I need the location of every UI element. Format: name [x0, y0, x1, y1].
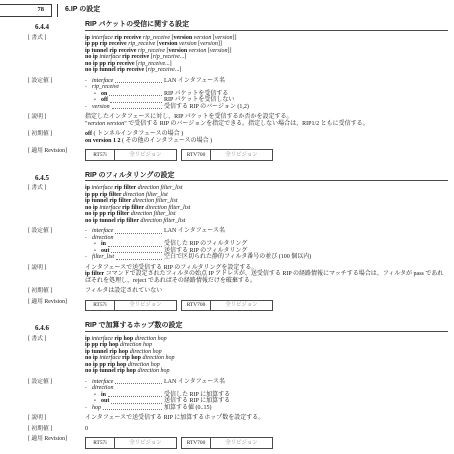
text-segment: ip filter — [85, 271, 104, 277]
revision-label: [ 適用 Revision] — [28, 436, 85, 449]
dash-marker: - — [85, 254, 92, 261]
initial-value-line: on version 1 2 ( その他のインタフェースの場合 ) — [85, 138, 448, 145]
revision-model: RTV700 — [181, 149, 211, 161]
parameter-description: LAN インタフェース名 — [164, 228, 448, 235]
command-section: 6.4.4 RIP パケットの受信に関する設定 [ 書式 ] ip interf… — [0, 22, 454, 161]
text-segment: direction hop — [138, 368, 170, 374]
text-segment: ...] — [165, 61, 172, 67]
text-segment: direction hop — [128, 362, 160, 368]
revision-tables: RT57i全リビジョンRTV700全リビジョン — [85, 300, 448, 312]
initial-label: [ 初期値 ] — [28, 288, 85, 295]
initial-value-line: フィルタは設定されていない — [85, 288, 448, 295]
description-label: [ 説明 ] — [28, 114, 85, 127]
revision-block: [ 適用 Revision] RT57i全リビジョンRTV700全リビジョン — [28, 436, 448, 449]
initial-value-block: [ 初期値 ] 0 — [28, 426, 448, 433]
format-block: [ 書式 ] ip interface rip filter direction… — [28, 185, 448, 224]
revision-tables: RT57i全リビジョンRTV700全リビジョン — [85, 149, 448, 161]
text-segment: version — [179, 41, 197, 47]
text-segment: version — [200, 41, 218, 47]
revision-table: RT57i全リビジョン — [85, 149, 177, 161]
text-segment: on version 1 2 — [85, 138, 121, 144]
parameter-description: LAN インタフェース名 — [164, 78, 448, 85]
dash-marker: - — [85, 235, 92, 242]
text-segment: rip hop — [113, 336, 135, 342]
text-segment: no ip — [85, 355, 99, 361]
revision-value: 全リビジョン — [115, 300, 177, 312]
text-segment: direction hop — [135, 336, 167, 342]
text-segment: direction filter_list — [140, 218, 185, 224]
revision-value: 全リビジョン — [211, 149, 273, 161]
values-label: [ 設定値 ] — [28, 379, 85, 412]
text-segment: reject — [133, 278, 146, 284]
text-segment: no ip — [85, 54, 99, 60]
format-lines: ip interface rip receive rip_receive [ve… — [85, 35, 448, 74]
revision-block: [ 適用 Revision] RT57i全リビジョンRTV700全リビジョン — [28, 299, 448, 312]
format-block: [ 書式 ] ip interface rip hop direction ho… — [28, 336, 448, 375]
document-page: 78 6.IP の設定 6.4.4 RIP パケットの受信に関する設定 [ 書式… — [0, 4, 454, 454]
revision-model: RT57i — [85, 300, 115, 312]
text-segment: direction hop — [130, 349, 162, 355]
parameter-description: 空白で区切られた静的フィルタ番号の並び (100 個以内) — [164, 254, 448, 261]
text-segment: direction filter_list — [138, 185, 183, 191]
format-block: [ 書式 ] ip interface rip receive rip_rece… — [28, 35, 448, 74]
command-section: 6.4.5 RIP のフィルタリングの設定 [ 書式 ] ip interfac… — [0, 173, 454, 312]
revision-model: RT57i — [85, 149, 115, 161]
parameter-row: -version受信する RIP のバージョン (1,2) — [85, 104, 448, 111]
text-segment: ...] — [175, 67, 182, 73]
dash-marker: - — [85, 104, 92, 111]
dotted-leader — [109, 94, 162, 96]
values-block: [ 設定値 ] -interfaceLAN インタフェース名-direction… — [28, 379, 448, 412]
text-segment: 0 — [85, 426, 88, 432]
dotted-leader — [111, 402, 162, 404]
parameter-description: 受信する RIP のバージョン (1,2) — [164, 104, 448, 111]
description-label: [ 説明 ] — [28, 265, 85, 285]
parameter-name: hop — [92, 405, 101, 412]
revision-table: RTV700全リビジョン — [181, 149, 273, 161]
dotted-leader — [110, 101, 162, 103]
description-block: [ 説明 ] 指定したインタフェースに対し、RIP パケットを受信するか否かを設… — [28, 114, 448, 127]
parameter-row: -filter_list空白で区切られた静的フィルタ番号の並び (100 個以内… — [85, 254, 448, 261]
text-segment: rip_receive — [138, 48, 165, 54]
values-label: [ 設定値 ] — [28, 228, 85, 261]
revision-label: [ 適用 Revision] — [28, 148, 85, 161]
initial-value-line: 0 — [85, 426, 448, 433]
text-segment: interface — [99, 355, 120, 361]
sections-container: 6.4.4 RIP パケットの受信に関する設定 [ 書式 ] ip interf… — [0, 22, 454, 449]
description-label: [ 説明 ] — [28, 415, 85, 422]
values-block: [ 設定値 ] -interfaceLAN インタフェース名-direction… — [28, 228, 448, 261]
revision-table: RTV700全リビジョン — [181, 300, 273, 312]
text-segment: version — [174, 35, 194, 41]
revision-model: RTV700 — [181, 437, 211, 449]
text-segment: rip_receive — [143, 35, 170, 41]
dash-marker: - — [85, 84, 92, 91]
revision-value: 全リビジョン — [115, 437, 177, 449]
description-line: インタフェースで送受信する RIP に加算するホップ数を設定する。 — [85, 415, 448, 422]
revision-model: RT57i — [85, 437, 115, 449]
text-segment: ip pp rip receive — [85, 41, 128, 47]
dash-marker: - — [85, 385, 92, 392]
text-segment: rip_receive — [153, 54, 180, 60]
format-line: no ip tunnel rip hop direction hop — [85, 368, 448, 375]
text-segment: interface — [92, 185, 113, 191]
text-segment: no ip — [85, 205, 99, 211]
parameter-name-cell: version — [92, 104, 164, 111]
format-lines: ip interface rip hop direction hopip pp … — [85, 336, 448, 375]
values-label: [ 設定値 ] — [28, 78, 85, 111]
text-segment: direction filter_list — [145, 205, 190, 211]
revision-value: 全リビジョン — [115, 149, 177, 161]
revision-table: RT57i全リビジョン — [85, 300, 177, 312]
text-segment: no ip tunnel rip receive — [85, 67, 146, 73]
text-segment: direction filter_list — [123, 192, 168, 198]
text-segment: no ip pp rip filter — [85, 211, 131, 217]
text-segment: version version — [87, 121, 124, 127]
text-segment: version — [210, 48, 228, 54]
initial-value-block: [ 初期値 ] フィルタは設定されていない — [28, 288, 448, 295]
description-line: ip filter コマンドで設定されたフィルタの始点 IP アドレスが、送受信… — [85, 271, 448, 284]
dotted-leader — [111, 251, 162, 253]
text-segment: interface — [99, 54, 120, 60]
param-list: -interfaceLAN インタフェース名-rip_receive•onRIP… — [85, 78, 448, 111]
dotted-leader — [115, 81, 162, 83]
text-segment: rip filter — [121, 205, 146, 211]
text-segment: no ip tunnel rip filter — [85, 218, 140, 224]
parameter-description: LAN インタフェース名 — [164, 379, 448, 386]
text-segment: direction filter_list — [133, 198, 178, 204]
section-number: 6.4.4 — [35, 24, 85, 31]
text-segment: ip pp rip filter — [85, 192, 123, 198]
text-segment: version — [189, 48, 207, 54]
text-segment: ]] — [218, 41, 222, 47]
parameter-name: version — [92, 104, 110, 111]
text-segment: ip tunnel rip filter — [85, 198, 133, 204]
text-segment: インタフェースで送受信する RIP に加算するホップ数を設定する。 — [85, 415, 264, 421]
revision-value: 全リビジョン — [211, 300, 273, 312]
parameter-name-cell: hop — [92, 405, 164, 412]
initial-label: [ 初期値 ] — [28, 426, 85, 433]
command-section: 6.4.6 RIP で加算するホップ数の設定 [ 書式 ] ip interfa… — [0, 323, 454, 449]
text-segment: interface — [99, 205, 120, 211]
text-segment: direction hop — [120, 342, 152, 348]
initial-lines: 0 — [85, 426, 448, 433]
text-segment: interface — [92, 35, 113, 41]
text-segment: pass — [414, 271, 424, 277]
text-segment: 指定したインタフェースに対し、RIP パケットを受信するか否かを設定する。 — [85, 114, 292, 120]
parameter-row: -hop加算する値 (0..15) — [85, 405, 448, 412]
text-segment: rip filter — [113, 185, 138, 191]
format-label: [ 書式 ] — [28, 185, 85, 224]
dotted-leader — [108, 245, 162, 247]
text-segment: rip_receive — [148, 67, 175, 73]
text-segment: rip receive — [121, 54, 151, 60]
section-heading: 6.4.5 RIP のフィルタリングの設定 — [35, 173, 448, 182]
chapter-title: 6.IP の設定 — [57, 4, 100, 17]
param-list: -interfaceLAN インタフェース名-direction•in受信した … — [85, 379, 448, 412]
description-lines: インタフェースで送受信する RIP に加算するホップ数を設定する。 — [85, 415, 448, 422]
initial-lines: フィルタは設定されていない — [85, 288, 448, 295]
dotted-leader — [112, 107, 162, 109]
revision-block: [ 適用 Revision] RT57i全リビジョンRTV700全リビジョン — [28, 148, 448, 161]
param-list: -interfaceLAN インタフェース名-direction•in受信した … — [85, 228, 448, 261]
text-segment: interface — [92, 336, 113, 342]
revision-tables: RT57i全リビジョンRTV700全リビジョン — [85, 437, 448, 449]
section-title: RIP で加算するホップ数の設定 — [85, 323, 448, 332]
format-label: [ 書式 ] — [28, 35, 85, 74]
text-segment: ]] — [228, 48, 232, 54]
format-line: no ip tunnel rip filter direction filter… — [85, 218, 448, 225]
text-segment: ip pp rip hop — [85, 342, 120, 348]
text-segment: direction filter_list — [131, 211, 176, 217]
text-segment: フィルタは設定されていない — [85, 288, 162, 294]
text-segment: rip_receive — [138, 61, 165, 67]
values-block: [ 設定値 ] -interfaceLAN インタフェース名-rip_recei… — [28, 78, 448, 111]
text-segment: ip tunnel rip hop — [85, 349, 130, 355]
parameter-description: 加算する値 (0..15) — [164, 405, 448, 412]
text-segment: ( その他のインタフェースの場合 ) — [121, 138, 213, 144]
initial-label: [ 初期値 ] — [28, 131, 85, 144]
revision-table: RT57i全リビジョン — [85, 437, 177, 449]
parameter-name: filter_list — [92, 254, 114, 261]
revision-label: [ 適用 Revision] — [28, 299, 85, 312]
revision-model: RTV700 — [181, 300, 211, 312]
dash-marker: - — [85, 405, 92, 412]
text-segment: direction hop — [143, 355, 175, 361]
text-segment: ip tunnel rip receive — [85, 48, 138, 54]
dotted-leader — [115, 382, 162, 384]
text-segment: no ip pp rip hop — [85, 362, 128, 368]
text-segment: rip hop — [121, 355, 143, 361]
text-segment: off — [85, 131, 92, 137]
initial-value-block: [ 初期値 ] off ( トンネルインタフェースの場合 )on version… — [28, 131, 448, 144]
text-segment: インタフェースで送受信する RIP のフィルタリングを設定する。 — [85, 265, 257, 271]
format-label: [ 書式 ] — [28, 336, 85, 375]
description-lines: インタフェースで送受信する RIP のフィルタリングを設定する。ip filte… — [85, 265, 448, 285]
page-number: 78 — [0, 4, 52, 17]
text-segment: " で受信する RIP のバージョンを指定できる。指定しない場合は、RIP1/2… — [124, 121, 368, 127]
section-number: 6.4.6 — [35, 325, 85, 332]
format-lines: ip interface rip filter direction filter… — [85, 185, 448, 224]
dotted-leader — [108, 395, 162, 397]
dotted-leader — [116, 258, 162, 260]
text-segment: version — [215, 35, 233, 41]
text-segment: version — [159, 41, 179, 47]
description-block: [ 説明 ] インタフェースで送受信する RIP のフィルタリングを設定する。i… — [28, 265, 448, 285]
section-title: RIP のフィルタリングの設定 — [85, 173, 448, 182]
parameter-name-cell: filter_list — [92, 254, 164, 261]
description-block: [ 説明 ] インタフェースで送受信する RIP に加算するホップ数を設定する。 — [28, 415, 448, 422]
description-line: "version version" で受信する RIP のバージョンを指定できる… — [85, 121, 448, 128]
dotted-leader — [115, 232, 162, 234]
section-heading: 6.4.6 RIP で加算するホップ数の設定 — [35, 323, 448, 332]
text-segment: ( トンネルインタフェースの場合 ) — [92, 131, 183, 137]
text-segment: コマンドで設定されたフィルタの始点 IP アドレスが、送受信する RIP の経路… — [104, 271, 413, 277]
text-segment: version — [169, 48, 189, 54]
text-segment: rip_receive — [128, 41, 155, 47]
section-title: RIP パケットの受信に関する設定 — [85, 22, 448, 31]
format-line: no ip tunnel rip receive [rip_receive...… — [85, 67, 448, 74]
revision-table: RTV700全リビジョン — [181, 437, 273, 449]
description-lines: 指定したインタフェースに対し、RIP パケットを受信するか否かを設定する。"ve… — [85, 114, 448, 127]
section-number: 6.4.5 — [35, 175, 85, 182]
text-segment: であればその経路情報だけを破棄する。 — [146, 278, 256, 284]
text-segment: no ip pp rip receive — [85, 61, 136, 67]
text-segment: ]] — [233, 35, 237, 41]
section-heading: 6.4.4 RIP パケットの受信に関する設定 — [35, 22, 448, 31]
text-segment: ...] — [180, 54, 187, 60]
dotted-leader — [103, 408, 162, 410]
revision-value: 全リビジョン — [211, 437, 273, 449]
initial-lines: off ( トンネルインタフェースの場合 )on version 1 2 ( そ… — [85, 131, 448, 144]
text-segment: no ip tunnel rip hop — [85, 368, 138, 374]
text-segment: rip receive — [113, 35, 143, 41]
page-header: 78 6.IP の設定 — [0, 4, 454, 17]
text-segment: version — [194, 35, 212, 41]
